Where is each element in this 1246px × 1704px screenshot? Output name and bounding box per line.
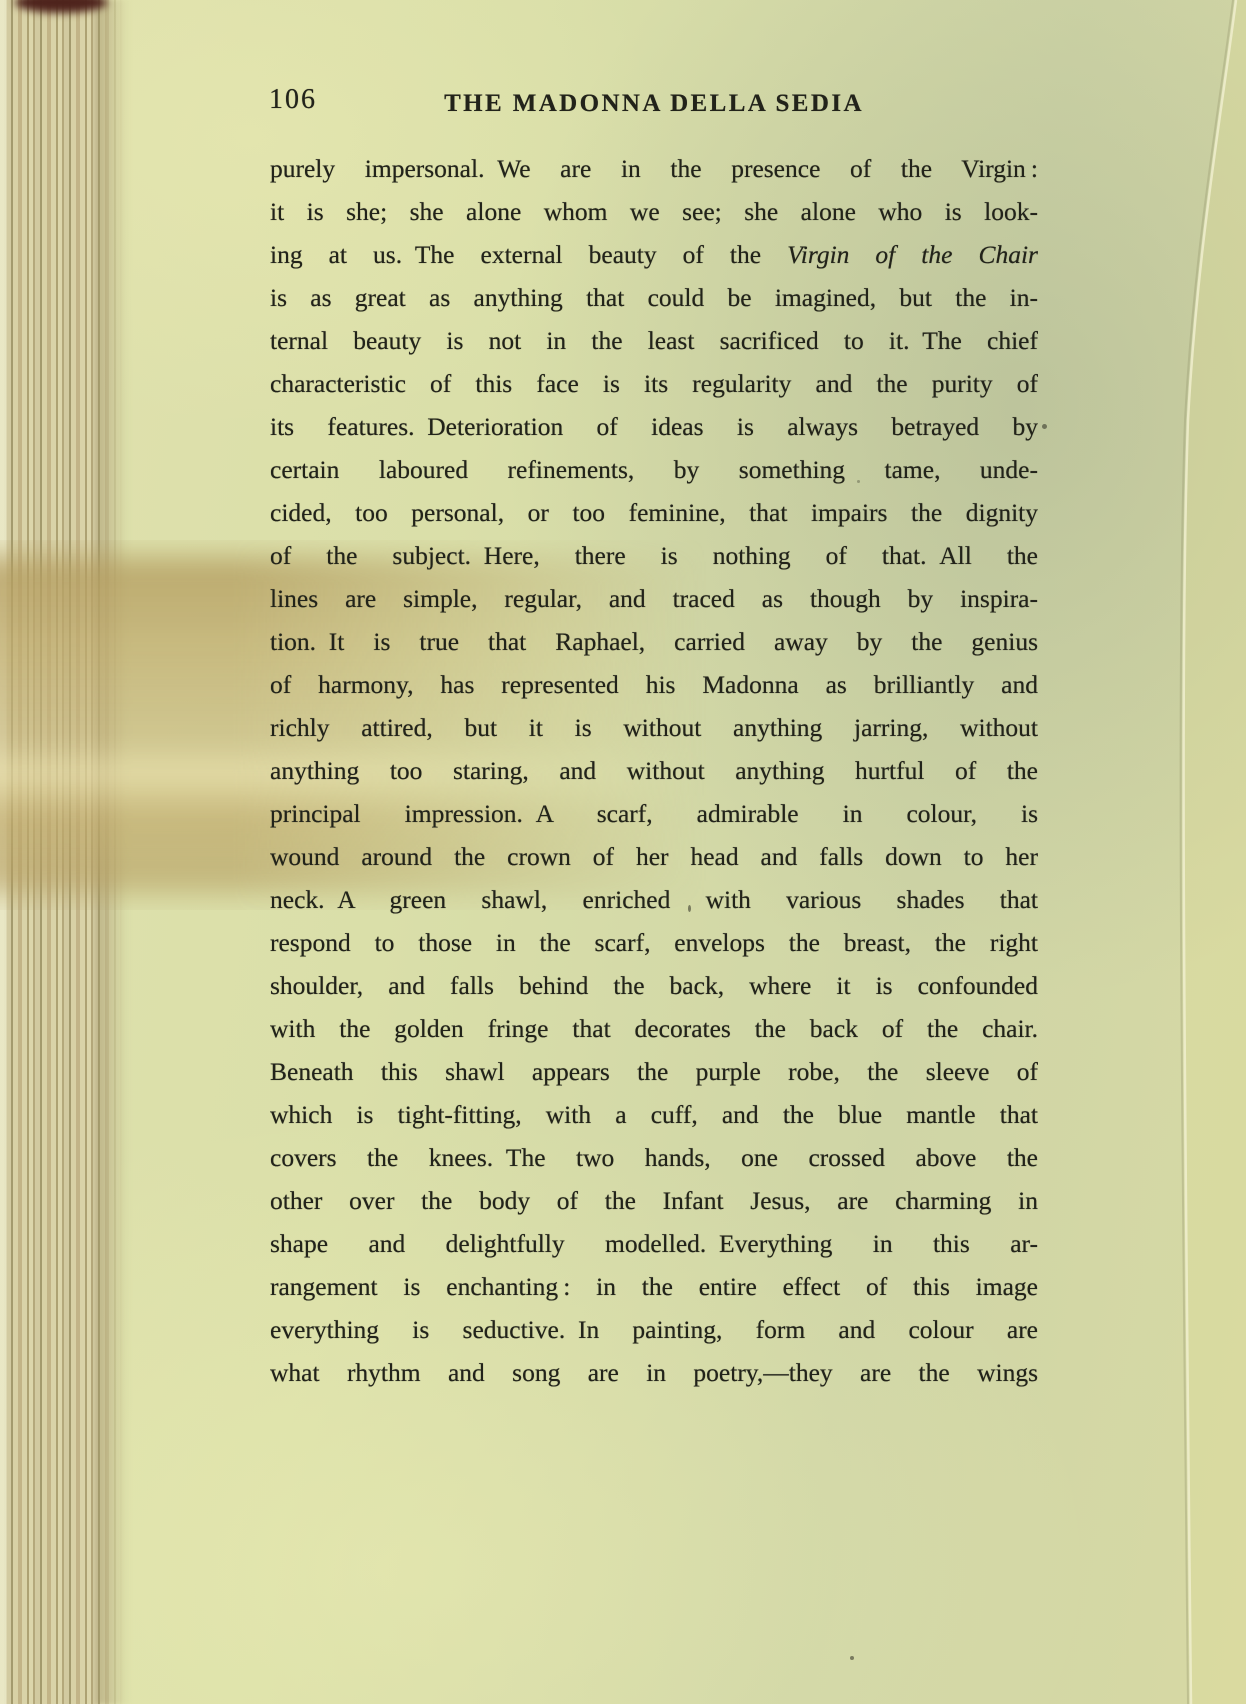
text-line: is as great as anything that could be im… [270,276,1038,319]
text-line: covers the knees. The two hands, one cro… [270,1136,1038,1179]
text-line: it is she; she alone whom we see; she al… [270,190,1038,233]
text-line: principal impression. A scarf, admirable… [270,792,1038,835]
text-line: cided, too personal, or too feminine, th… [270,491,1038,534]
text-line: certain laboured refinements, by somethi… [270,448,1038,491]
scan-speck [688,905,691,912]
text-line: Beneath this shawl appears the purple ro… [270,1050,1038,1093]
text-line: lines are simple, regular, and traced as… [270,577,1038,620]
text-line: with the golden fringe that decorates th… [270,1007,1038,1050]
scan-speck [857,480,860,483]
book-page-scan: 106 THE MADONNA DELLA SEDIA purely imper… [0,0,1246,1704]
body-text: purely impersonal. We are in the presenc… [270,147,1038,1394]
scan-speck [1042,424,1047,429]
text-line: ing at us. The external beauty of the Vi… [270,233,1038,276]
text-line: respond to those in the scarf, envelops … [270,921,1038,964]
text-line: everything is seductive. In painting, fo… [270,1308,1038,1351]
text-line: anything too staring, and without anythi… [270,749,1038,792]
text-line: other over the body of the Infant Jesus,… [270,1179,1038,1222]
text-line: its features. Deterioration of ideas is … [270,405,1038,448]
text-line: neck. A green shawl, enriched with vario… [270,878,1038,921]
text-line: purely impersonal. We are in the presenc… [270,147,1038,190]
text-line: ternal beauty is not in the least sacrif… [270,319,1038,362]
text-line: which is tight-fitting, with a cuff, and… [270,1093,1038,1136]
text-line: shoulder, and falls behind the back, whe… [270,964,1038,1007]
text-line: what rhythm and song are in poetry,—they… [270,1351,1038,1394]
text-line: tion. It is true that Raphael, carried a… [270,620,1038,663]
text-line: wound around the crown of her head and f… [270,835,1038,878]
text-line: of the subject. Here, there is nothing o… [270,534,1038,577]
text-line: richly attired, but it is without anythi… [270,706,1038,749]
text-line: rangement is enchanting : in the entire … [270,1265,1038,1308]
text-line: of harmony, has represented his Madonna … [270,663,1038,706]
running-header: THE MADONNA DELLA SEDIA [270,90,1038,118]
scan-speck [850,1656,854,1660]
text-line: characteristic of this face is its regul… [270,362,1038,405]
text-line: shape and delightfully modelled. Everyth… [270,1222,1038,1265]
